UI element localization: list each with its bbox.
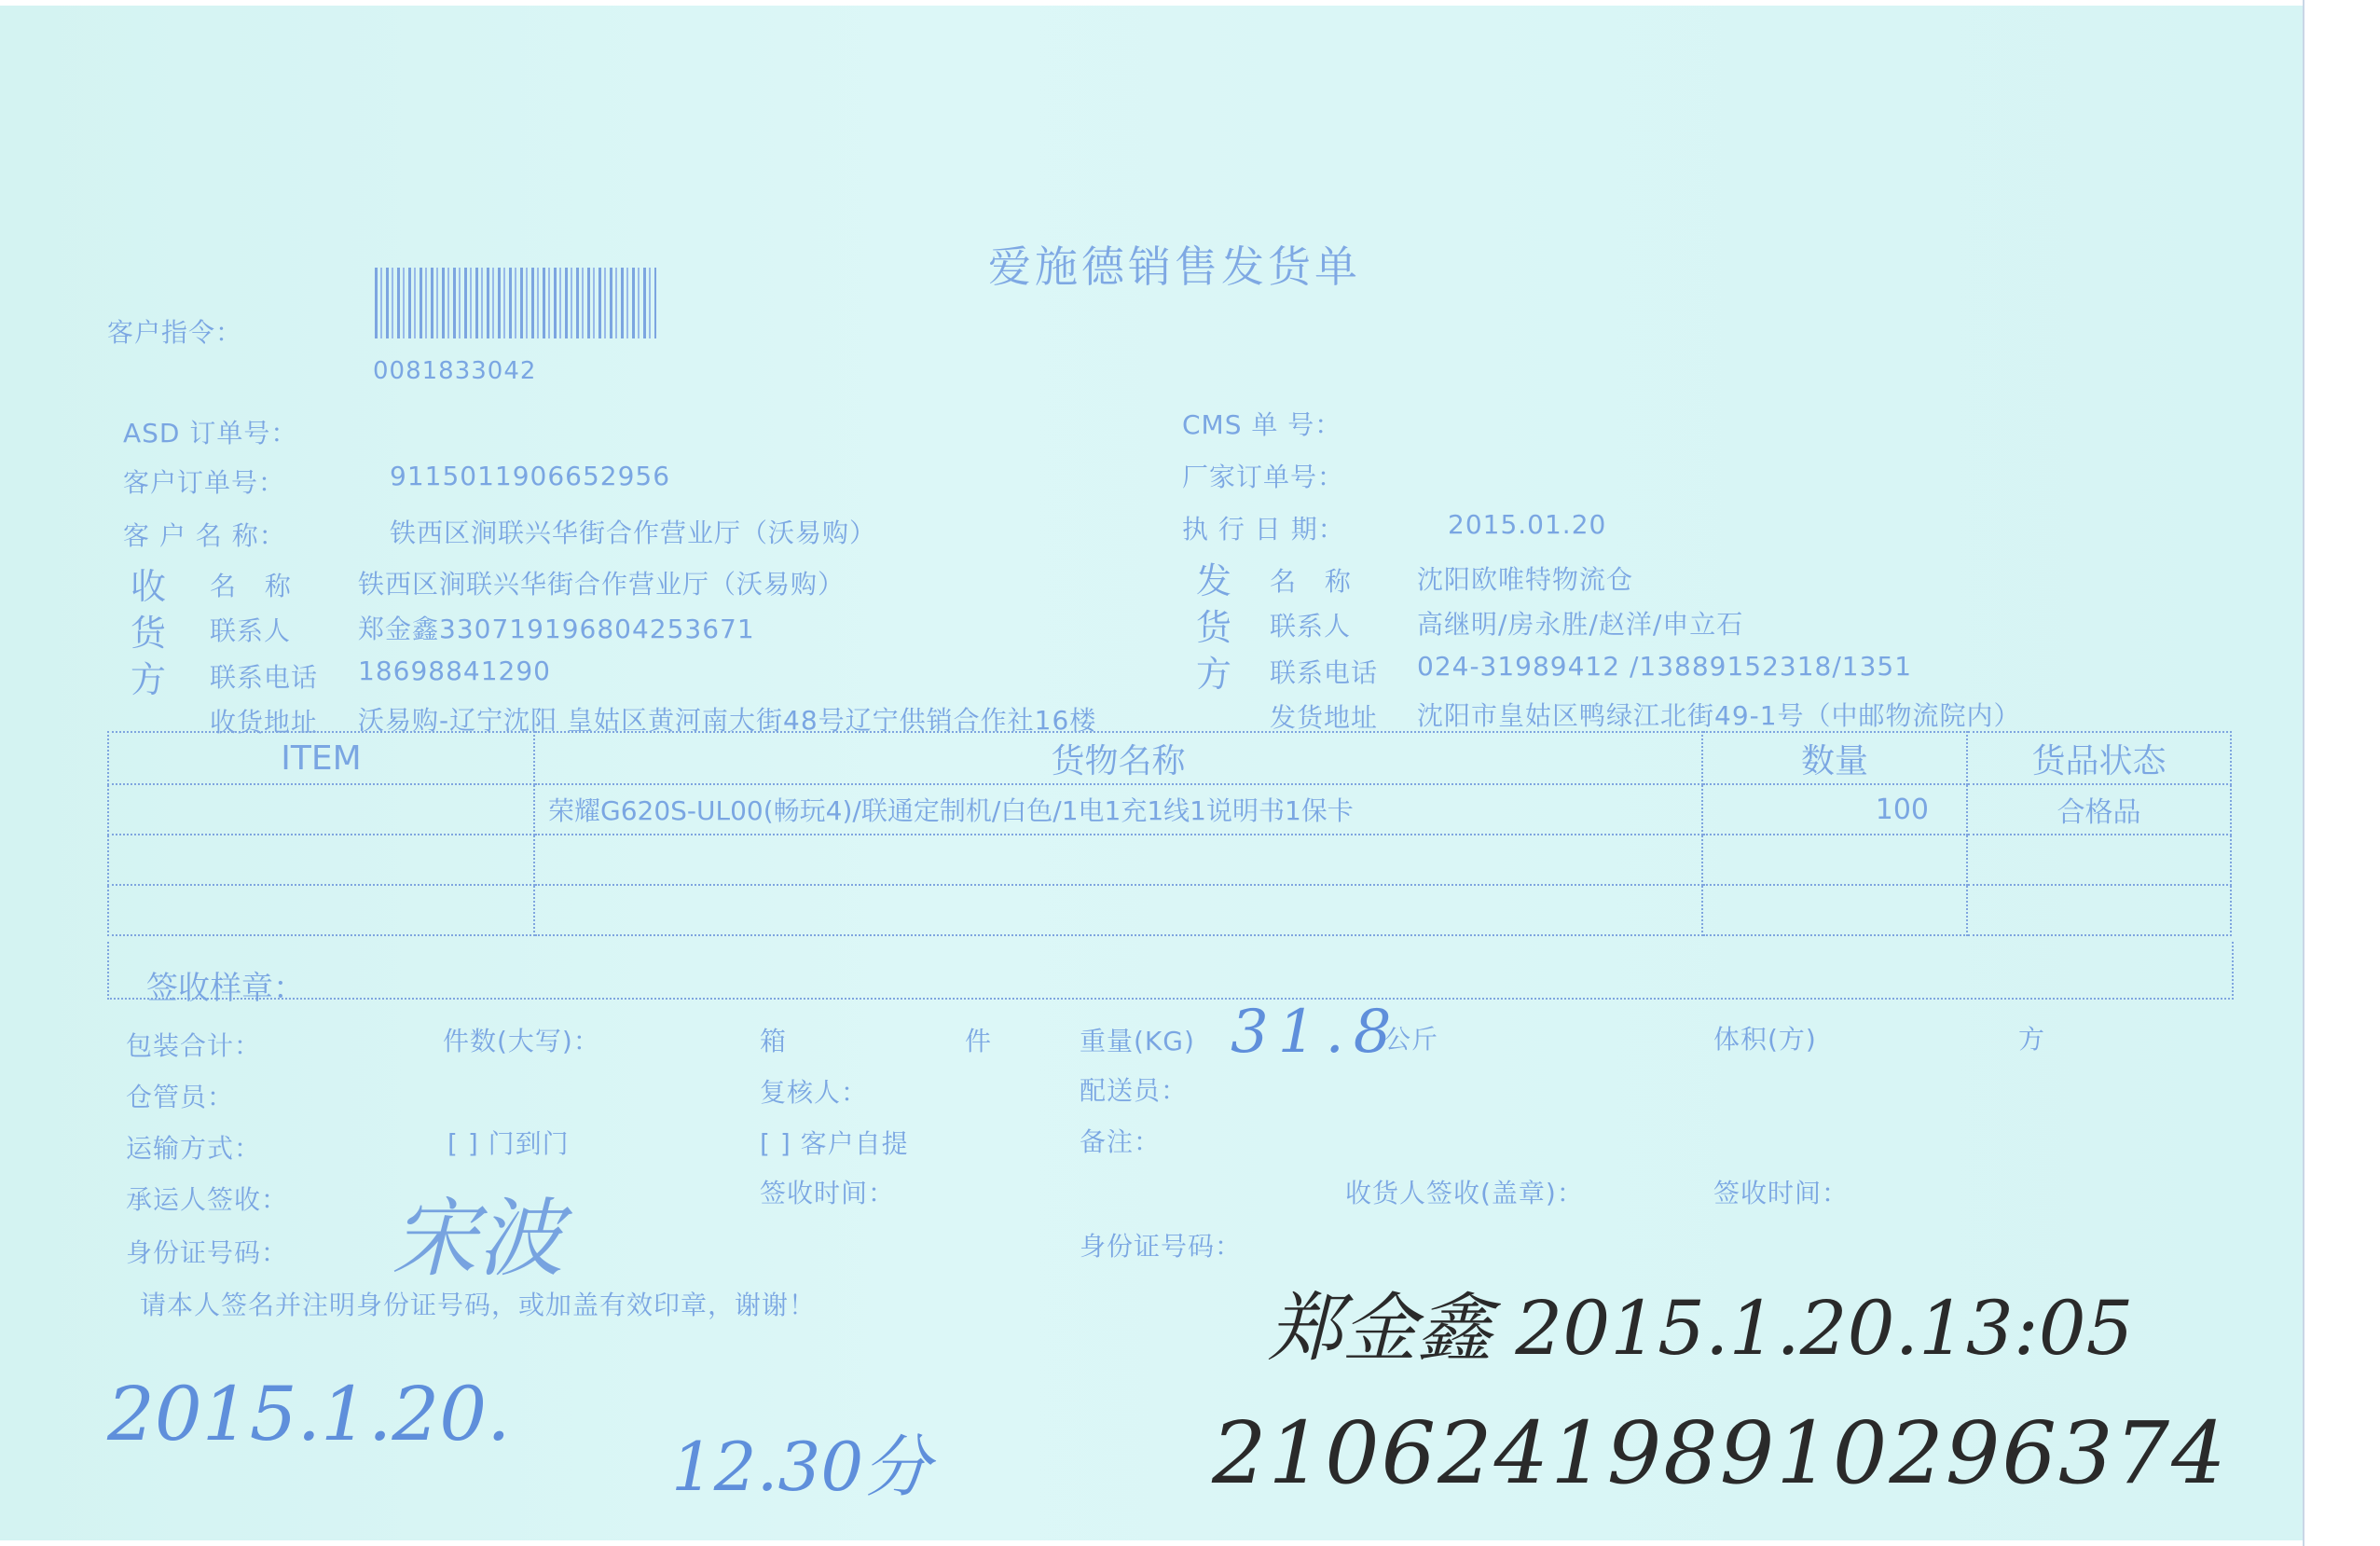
receiver-phone-label: 联系电话: [210, 657, 318, 695]
header-item: ITEM: [108, 732, 534, 784]
customer-order-value: 9115011906652956: [390, 461, 670, 491]
receiver-name-label: 名 称: [210, 566, 292, 603]
receiver-side-char-1: 收: [131, 558, 166, 609]
exec-date-label: 执 行 日 期：: [1182, 509, 1345, 546]
sender-contact-value: 高继明/房永胜/赵洋/申立石: [1417, 604, 1743, 642]
sender-name-value: 沈阳欧唯特物流仓: [1417, 559, 1633, 597]
paper-edge-top: [0, 0, 2303, 6]
box-unit: 箱: [760, 1021, 787, 1058]
barcode-icon: [375, 268, 656, 338]
remark-label: 备注：: [1080, 1122, 1161, 1159]
table-header-row: ITEM 货物名称 数量 货品状态: [108, 732, 2231, 784]
sign-stamp-row: 签收样章：: [107, 942, 2234, 1000]
receiver-sign-label: 收货人签收(盖章)：: [1345, 1173, 1584, 1210]
paper-edge-bottom: [0, 1540, 2303, 1546]
table-row: 荣耀G620S-UL00(畅玩4)/联通定制机/白色/1电1充1线1说明书1保卡…: [108, 784, 2231, 835]
piece-unit: 件: [965, 1021, 992, 1058]
package-total-label: 包装合计：: [126, 1026, 261, 1063]
sender-side-char-3: 方: [1196, 645, 1231, 697]
receiver-contact-value: 郑金鑫330719196804253671: [358, 609, 755, 646]
carrier-handwritten-date: 2015.1.20.: [107, 1371, 511, 1457]
sender-contact-label: 联系人: [1270, 606, 1351, 643]
paper-edge-right: [2303, 0, 2380, 1546]
sign-time-left-label: 签收时间：: [760, 1173, 895, 1210]
volume-unit: 方: [2018, 1019, 2045, 1056]
cell-status: [1967, 835, 2231, 885]
carrier-handwritten-time: 12.30分: [671, 1413, 930, 1510]
receiver-name-value: 铁西区涧联兴华街合作营业厅（沃易购）: [358, 564, 845, 601]
piece-count-label: 件数(大写)：: [443, 1021, 600, 1058]
header-status: 货品状态: [1967, 732, 2231, 784]
cell-status: 合格品: [1967, 784, 2231, 835]
carrier-handwritten-signature: 宋波: [392, 1170, 563, 1293]
cell-goods-name: [534, 885, 1702, 935]
cell-quantity: [1702, 835, 1967, 885]
cell-item: [108, 885, 534, 935]
receiver-handwritten-signature: 郑金鑫 2015.1.20.13:05: [1268, 1268, 2134, 1375]
receiver-phone-value: 18698841290: [358, 656, 551, 686]
transport-self-pickup-checkbox[interactable]: [ ] 客户自提: [760, 1124, 909, 1161]
header-goods-name: 货物名称: [534, 732, 1702, 784]
cell-status: [1967, 885, 2231, 935]
cell-goods-name: [534, 835, 1702, 885]
sender-phone-value: 024-31989412 /13889152318/1351: [1417, 651, 1912, 682]
barcode-number: 0081833042: [373, 357, 536, 385]
transport-label: 运输方式：: [126, 1128, 261, 1166]
factory-order-label: 厂家订单号：: [1182, 457, 1344, 494]
header-quantity: 数量: [1702, 732, 1967, 784]
customer-name-label: 客 户 名 称：: [123, 516, 286, 553]
reviewer-label: 复核人：: [760, 1072, 868, 1110]
warehouse-keeper-label: 仓管员：: [126, 1077, 234, 1114]
table-row: [108, 835, 2231, 885]
cell-item: [108, 835, 534, 885]
weight-unit: 公斤: [1384, 1019, 1438, 1056]
cell-quantity: 100: [1702, 784, 1967, 835]
carrier-sign-label: 承运人签收：: [126, 1180, 288, 1217]
weight-handwritten-value: 31.8: [1231, 998, 1401, 1067]
receiver-handwritten-id: 210624198910296374: [1212, 1403, 2228, 1503]
exec-date-value: 2015.01.20: [1448, 509, 1606, 540]
asd-order-label: ASD 订单号：: [123, 413, 297, 450]
customer-name-value: 铁西区涧联兴华街合作营业厅（沃易购）: [390, 513, 876, 550]
sender-address-value: 沈阳市皇姑区鸭绿江北街49-1号（中邮物流院内）: [1417, 696, 2021, 733]
volume-label: 体积(方): [1713, 1019, 1817, 1056]
sender-name-label: 名 称: [1270, 561, 1352, 599]
id-number-right-label: 身份证号码：: [1080, 1226, 1242, 1263]
sender-side-char-2: 货: [1196, 599, 1231, 650]
receiver-side-char-2: 货: [131, 604, 166, 656]
weight-label: 重量(KG): [1080, 1021, 1195, 1058]
sender-side-char-1: 发: [1196, 552, 1231, 603]
sign-time-right-label: 签收时间：: [1713, 1173, 1849, 1210]
customer-instruction-label: 客户指令：: [107, 312, 242, 350]
deliverer-label: 配送员：: [1080, 1070, 1188, 1108]
receiver-side-char-3: 方: [131, 651, 166, 702]
table-row: [108, 885, 2231, 935]
cell-quantity: [1702, 885, 1967, 935]
sign-stamp-label: 签收样章：: [146, 962, 305, 1008]
cms-order-label: CMS 单 号：: [1182, 405, 1341, 442]
cell-goods-name: 荣耀G620S-UL00(畅玩4)/联通定制机/白色/1电1充1线1说明书1保卡: [534, 784, 1702, 835]
items-table: ITEM 货物名称 数量 货品状态 荣耀G620S-UL00(畅玩4)/联通定制…: [107, 731, 2232, 936]
transport-door-to-door-checkbox[interactable]: [ ] 门到门: [447, 1124, 570, 1161]
receiver-contact-label: 联系人: [210, 611, 291, 648]
cell-item: [108, 784, 534, 835]
sender-phone-label: 联系电话: [1270, 653, 1378, 690]
document-title: 爱施德销售发货单: [988, 233, 1361, 295]
customer-order-label: 客户订单号：: [123, 462, 285, 500]
id-number-left-label: 身份证号码：: [126, 1233, 288, 1270]
sender-address-label: 发货地址: [1270, 697, 1378, 735]
